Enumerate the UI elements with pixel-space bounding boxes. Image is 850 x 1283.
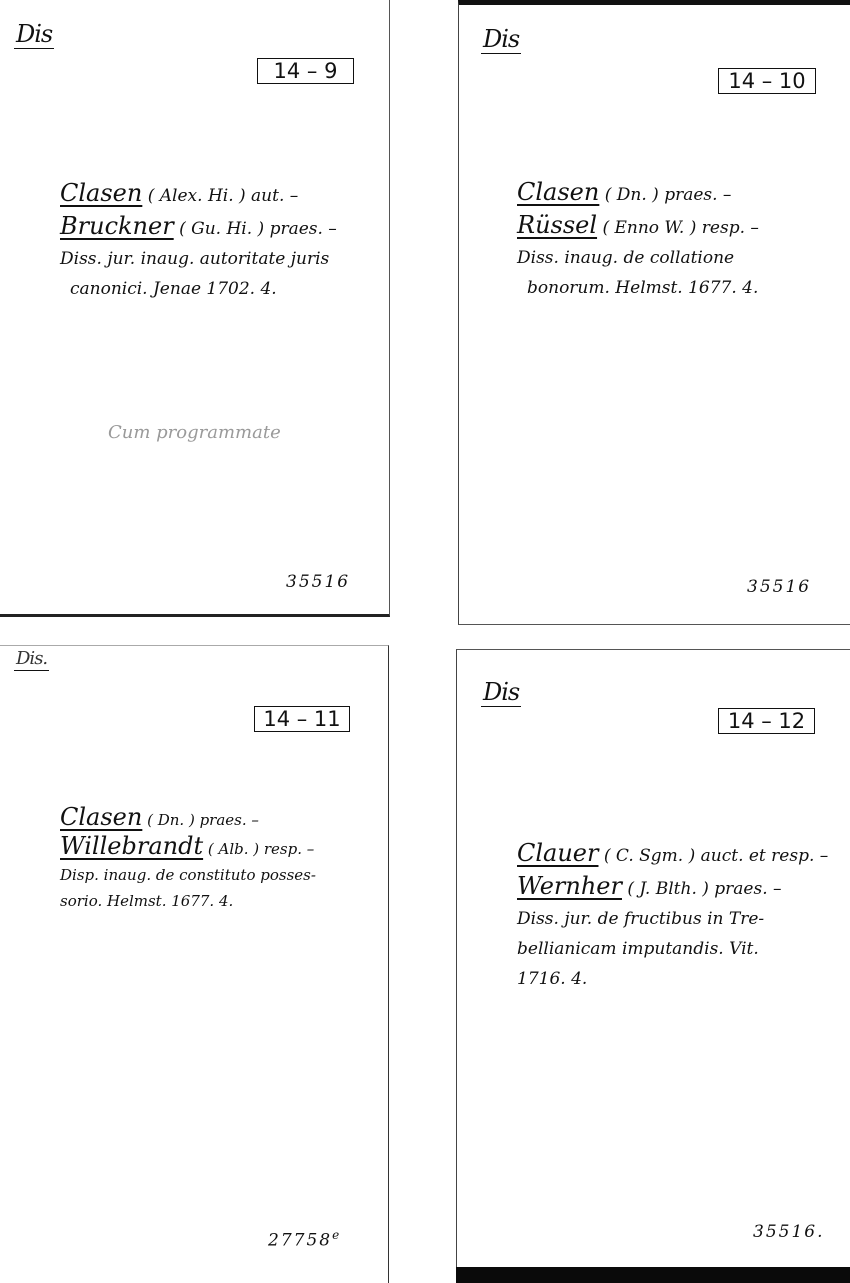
entry-line-title: Diss. jur. inaug. autoritate juris bbox=[60, 244, 337, 274]
category-mark: Dis bbox=[14, 22, 54, 49]
entry-line-praeses: Bruckner ( Gu. Hi. ) praes. – bbox=[60, 211, 337, 244]
entry-line-title: Disp. inaug. de constituto posses- bbox=[60, 862, 316, 888]
praeses-name: Clasen bbox=[517, 178, 599, 206]
respondent-name: Rüssel bbox=[517, 211, 597, 239]
author-name: Clauer bbox=[517, 839, 598, 867]
accession-number: 27758e bbox=[268, 1228, 341, 1251]
praeses-name: Clasen bbox=[60, 803, 142, 831]
entry-line-imprint: 1716. 4. bbox=[517, 964, 828, 994]
shelf-signature-box: 14 – 12 bbox=[718, 708, 815, 734]
entry-line-title: Diss. inaug. de collatione bbox=[517, 243, 759, 273]
praeses-name: Bruckner bbox=[60, 212, 174, 240]
entry-line-respondent: Rüssel ( Enno W. ) resp. – bbox=[517, 210, 759, 243]
entry-line-respondent: Willebrandt ( Alb. ) resp. – bbox=[60, 833, 316, 862]
scan-edge-shadow bbox=[456, 1267, 850, 1283]
shelf-signature-box: 14 – 9 bbox=[257, 58, 354, 84]
shelf-signature-box: 14 – 11 bbox=[254, 706, 350, 732]
entry-line-imprint: canonici. Jenae 1702. 4. bbox=[60, 274, 337, 304]
accession-suffix: e bbox=[332, 1228, 341, 1242]
author-name: Clasen bbox=[60, 179, 142, 207]
entry-line-author: Clasen ( Alex. Hi. ) aut. – bbox=[60, 178, 337, 211]
entry-line-imprint: sorio. Helmst. 1677. 4. bbox=[60, 888, 316, 914]
bibliographic-entry: Clasen ( Dn. ) praes. – Willebrandt ( Al… bbox=[60, 804, 316, 914]
category-mark: Dis. bbox=[14, 650, 49, 671]
entry-line-imprint: bonorum. Helmst. 1677. 4. bbox=[517, 273, 759, 303]
category-mark: Dis bbox=[481, 680, 521, 707]
entry-line-author: Clauer ( C. Sgm. ) auct. et resp. – bbox=[517, 838, 828, 871]
accession-number: 35516. bbox=[753, 1222, 824, 1242]
respondent-name: Willebrandt bbox=[60, 832, 203, 860]
shelf-signature-box: 14 – 10 bbox=[718, 68, 816, 94]
pencil-note: Cum programmate bbox=[108, 422, 281, 443]
entry-line-praeses: Clasen ( Dn. ) praes. – bbox=[517, 177, 759, 210]
bibliographic-entry: Clasen ( Alex. Hi. ) aut. – Bruckner ( G… bbox=[60, 178, 337, 304]
bibliographic-entry: Clasen ( Dn. ) praes. – Rüssel ( Enno W.… bbox=[517, 177, 759, 303]
catalog-card-3: Dis. 14 – 11 Clasen ( Dn. ) praes. – Wil… bbox=[0, 645, 389, 1283]
entry-line-praeses: Clasen ( Dn. ) praes. – bbox=[60, 804, 316, 833]
category-mark: Dis bbox=[481, 27, 521, 54]
bibliographic-entry: Clauer ( C. Sgm. ) auct. et resp. – Wern… bbox=[517, 838, 828, 994]
entry-line-title: Diss. jur. de fructibus in Tre- bbox=[517, 904, 828, 934]
praeses-name: Wernher bbox=[517, 872, 622, 900]
entry-line-praeses: Wernher ( J. Blth. ) praes. – bbox=[517, 871, 828, 904]
accession-number: 35516 bbox=[286, 572, 350, 592]
catalog-card-1: Dis 14 – 9 Clasen ( Alex. Hi. ) aut. – B… bbox=[0, 0, 390, 617]
catalog-card-2: Dis 14 – 10 Clasen ( Dn. ) praes. – Rüss… bbox=[458, 0, 850, 625]
accession-number: 35516 bbox=[747, 577, 811, 597]
entry-line-title-cont: bellianicam imputandis. Vit. bbox=[517, 934, 828, 964]
catalog-card-4: Dis 14 – 12 Clauer ( C. Sgm. ) auct. et … bbox=[456, 649, 850, 1267]
